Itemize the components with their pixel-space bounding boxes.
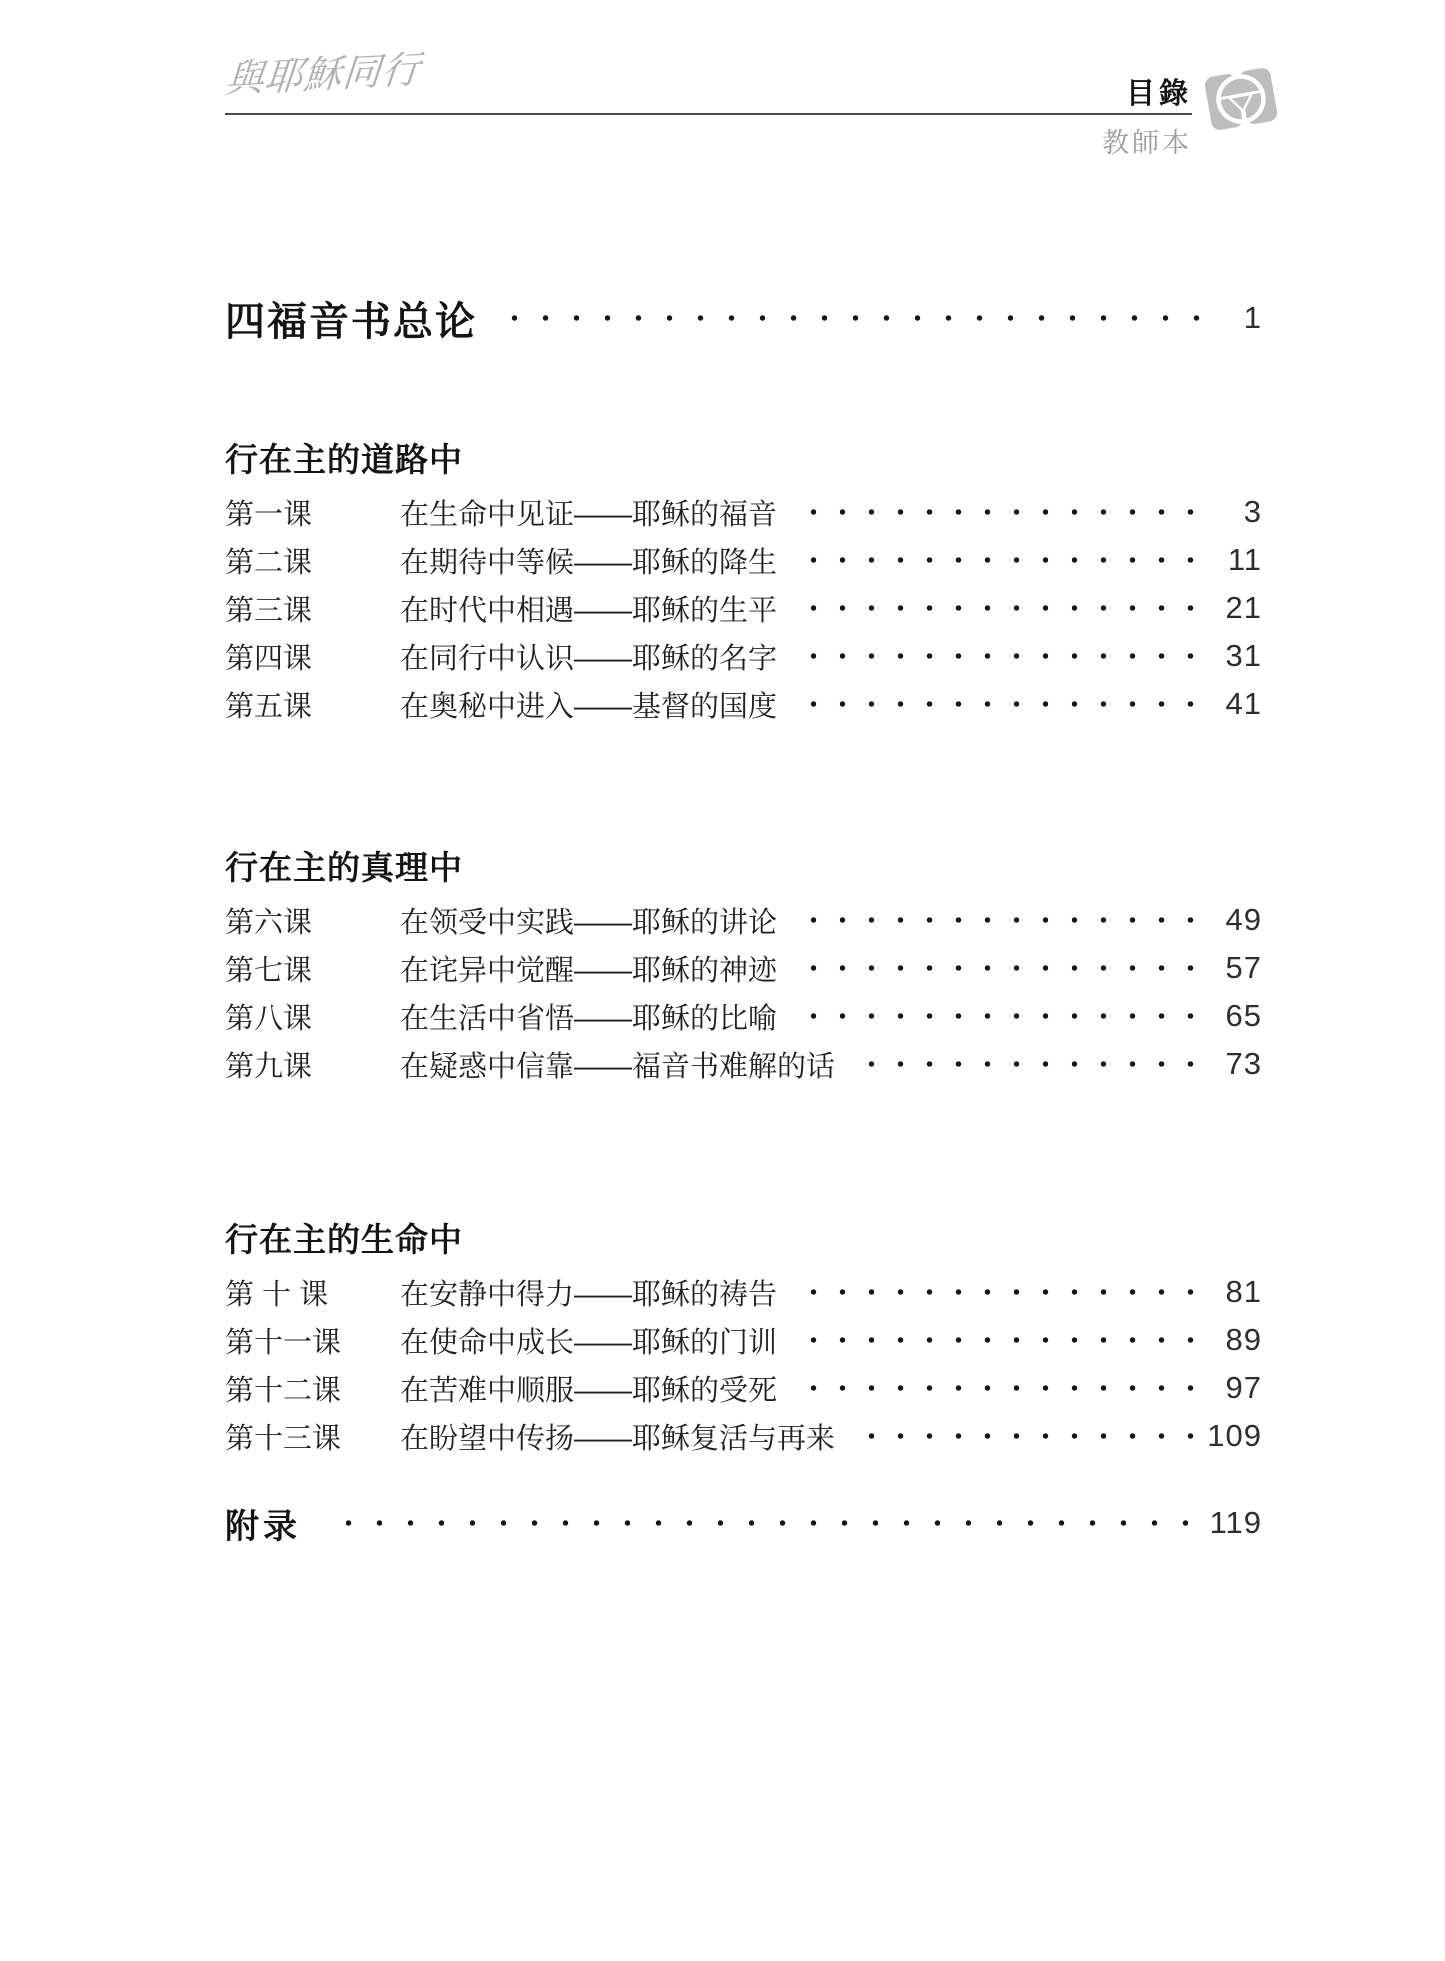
toc-entry-title: 在期待中等候——耶稣的降生 [400, 540, 777, 581]
page-number: 31 [1210, 638, 1262, 674]
dot-leader [847, 1040, 1202, 1088]
page-number: 109 [1207, 1418, 1262, 1454]
toc-entry-title: 在领受中实践——耶稣的讲论 [400, 900, 777, 941]
toc-entry-label: 第二课 [225, 540, 400, 581]
dot-leader [323, 1496, 1202, 1550]
toc-entry-title: 在同行中认识——耶稣的名字 [400, 636, 777, 677]
toc-entry: 第七课 在诧异中觉醒——耶稣的神迹 57 [225, 944, 1262, 992]
book-logo: 與耶穌同行 [224, 39, 399, 103]
publisher-stamp-icon [1196, 54, 1286, 144]
toc-entry: 第十三课 在盼望中传扬——耶稣复活与再来 109 [225, 1412, 1262, 1460]
toc-entry-title: 在疑惑中信靠——福音书难解的话 [400, 1044, 835, 1085]
section-heading: 行在主的道路中 [225, 438, 1262, 482]
toc-entry: 第三课 在时代中相遇——耶稣的生平 21 [225, 584, 1262, 632]
dot-leader [789, 1268, 1202, 1316]
toc-entry-appendix: 附录 119 [225, 1496, 1262, 1550]
dot-leader [789, 896, 1202, 944]
page-number: 49 [1210, 902, 1262, 938]
page-number: 97 [1210, 1370, 1262, 1406]
page-number: 11 [1210, 542, 1262, 578]
toc-entry-label: 第三课 [225, 588, 400, 629]
dot-leader [789, 632, 1202, 680]
toc-section-1: 行在主的道路中 第一课 在生命中见证——耶稣的福音 3 第二课 在期待中等候——… [225, 438, 1262, 728]
toc-entry-label: 第四课 [225, 636, 400, 677]
dot-leader [789, 680, 1202, 728]
dot-leader [847, 1412, 1199, 1460]
toc-entry: 第四课 在同行中认识——耶稣的名字 31 [225, 632, 1262, 680]
dot-leader [789, 992, 1202, 1040]
dot-leader [789, 1364, 1202, 1412]
toc-entry-label: 第十一课 [225, 1320, 400, 1361]
dot-leader [789, 488, 1202, 536]
toc-entry-title: 在安静中得力——耶稣的祷告 [400, 1272, 777, 1313]
toc-entry: 第一课 在生命中见证——耶稣的福音 3 [225, 488, 1262, 536]
page-title: 目錄 [1126, 71, 1192, 112]
page-number: 3 [1210, 494, 1262, 530]
toc-page: 與耶穌同行 目錄 教師本 四福音书总论 1 行在主的道路中 第一课 在生命中见 [0, 0, 1445, 1961]
toc-entry: 第九课 在疑惑中信靠——福音书难解的话 73 [225, 1040, 1262, 1088]
page-number: 21 [1210, 590, 1262, 626]
page-number: 81 [1210, 1274, 1262, 1310]
toc-entry-label: 第十二课 [225, 1368, 400, 1409]
toc-entry-label: 第七课 [225, 948, 400, 989]
toc-entry-title: 在生活中省悟——耶稣的比喻 [400, 996, 777, 1037]
toc-entry: 第八课 在生活中省悟——耶稣的比喻 65 [225, 992, 1262, 1040]
toc-entry-title: 在使命中成长——耶稣的门训 [400, 1320, 777, 1361]
page-number: 65 [1210, 998, 1262, 1034]
section-heading: 行在主的真理中 [225, 846, 1262, 890]
toc-entry-title: 附录 [225, 1499, 301, 1548]
toc-entry-label: 第八课 [225, 996, 400, 1037]
toc-entry-title: 在诧异中觉醒——耶稣的神迹 [400, 948, 777, 989]
dot-leader [489, 291, 1202, 345]
toc-entry-title: 四福音书总论 [225, 290, 477, 347]
toc-entry: 第十一课 在使命中成长——耶稣的门训 89 [225, 1316, 1262, 1364]
toc-entry: 第十二课 在苦难中顺服——耶稣的受死 97 [225, 1364, 1262, 1412]
section-heading: 行在主的生命中 [225, 1218, 1262, 1262]
toc-entry: 第五课 在奥秘中进入——基督的国度 41 [225, 680, 1262, 728]
page-number: 73 [1210, 1046, 1262, 1082]
header-divider [225, 113, 1192, 115]
toc-entry-title: 在奥秘中进入——基督的国度 [400, 684, 777, 725]
toc-entry-label: 第九课 [225, 1044, 400, 1085]
toc-entry-intro: 四福音书总论 1 [225, 291, 1262, 345]
toc-entry-label: 第 十 课 [225, 1272, 400, 1313]
dot-leader [789, 584, 1202, 632]
page-number: 57 [1210, 950, 1262, 986]
toc-entry-label: 第一课 [225, 492, 400, 533]
toc-entry-label: 第五课 [225, 684, 400, 725]
toc-entry: 第 十 课 在安静中得力——耶稣的祷告 81 [225, 1268, 1262, 1316]
dot-leader [789, 1316, 1202, 1364]
toc-entry: 第二课 在期待中等候——耶稣的降生 11 [225, 536, 1262, 584]
edition-label: 教師本 [1102, 121, 1192, 160]
page-number: 119 [1210, 1505, 1262, 1541]
page-number: 1 [1210, 300, 1262, 336]
toc-entry-title: 在盼望中传扬——耶稣复活与再来 [400, 1416, 835, 1457]
toc-section-2: 行在主的真理中 第六课 在领受中实践——耶稣的讲论 49 第七课 在诧异中觉醒—… [225, 846, 1262, 1088]
toc-entry-title: 在生命中见证——耶稣的福音 [400, 492, 777, 533]
toc-entry-title: 在时代中相遇——耶稣的生平 [400, 588, 777, 629]
dot-leader [789, 536, 1202, 584]
page-number: 41 [1210, 686, 1262, 722]
toc-section-3: 行在主的生命中 第 十 课 在安静中得力——耶稣的祷告 81 第十一课 在使命中… [225, 1218, 1262, 1460]
toc-entry-label: 第十三课 [225, 1416, 400, 1457]
page-number: 89 [1210, 1322, 1262, 1358]
toc-entry: 第六课 在领受中实践——耶稣的讲论 49 [225, 896, 1262, 944]
dot-leader [789, 944, 1202, 992]
toc-entry-label: 第六课 [225, 900, 400, 941]
toc-entry-title: 在苦难中顺服——耶稣的受死 [400, 1368, 777, 1409]
